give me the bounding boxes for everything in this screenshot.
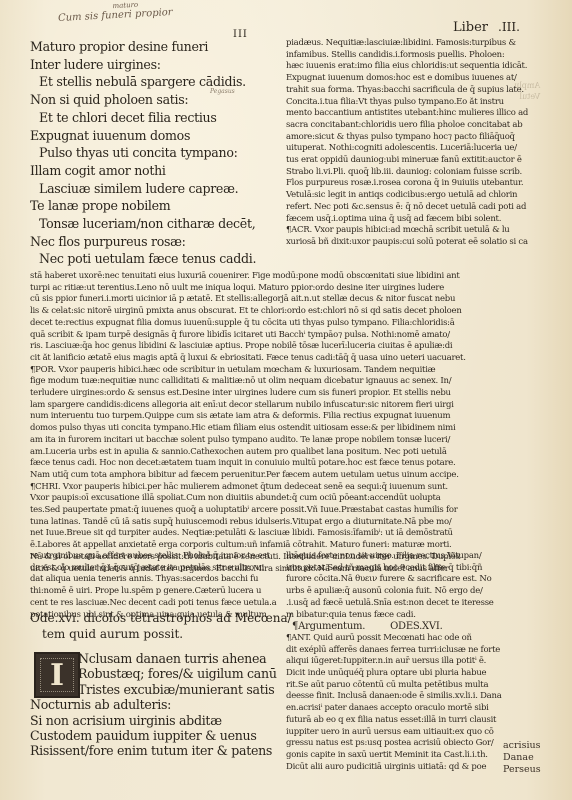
verse-line: Tristes excubiæ/munierant satis — [30, 682, 280, 697]
commentary-line: Vxor paupis:oī excusatione illā spoliat.… — [30, 493, 500, 505]
commentary-line: rit.Se aūt paruo cōtentū cū multa petēti… — [286, 680, 500, 692]
commentary-line: gonis capite in saxū uertit Meminit ita … — [286, 750, 500, 762]
margin-gloss: acrisius Danae Perseus — [503, 740, 541, 776]
commentary-line: Vetulā:sic legit in antiqs codicibus:erg… — [286, 190, 500, 202]
verse-line: Robustæq; fores/& uigilum canū — [30, 666, 280, 681]
commentary-line: da est oīo mulier q̄ i q̄cunq̄ ætate ita… — [30, 563, 280, 575]
verse-line: Custodem pauidum iuppiter & uenus — [30, 728, 280, 743]
commentary-line: refert. Nec poti &c.sensus ē: q̄ nō dece… — [286, 202, 500, 214]
commentary-line: cit ăt lanificio ætatē eius magis aptā q… — [30, 353, 500, 365]
verse-line: Et stellis nebulā spargere cādidis. — [30, 73, 280, 91]
commentary-full-width: stā haberet uxorē:nec tenuitati eius lux… — [30, 271, 500, 575]
commentary-line: Strabo li.vi.Pli. quoq̄ lib.iii. dauniog… — [286, 167, 500, 179]
ode-number-label: ODES.XVI. — [390, 621, 442, 632]
book-page: maturo Cum sis funeri propior III Liber.… — [0, 0, 572, 800]
commentary-line: turpi ac ritiæ:ut terentius.Leno nō uult… — [30, 283, 500, 295]
verse-line: Risissent/fore enim tutum iter & patens — [30, 743, 280, 758]
commentary-line: fæcem usq̄.i.optima uina q̄ usq̄ ad fæce… — [286, 214, 500, 226]
commentary-line: Expugnat iuuenum domos:hoc est e domibus… — [286, 73, 500, 85]
running-head-number: .III. — [498, 20, 520, 34]
commentary-line: cent te res lasciuæ.Nec decent cadi poti… — [30, 598, 280, 610]
commentary-line: Concita.i.tua filia:Vt thyas pulso tympa… — [286, 97, 500, 109]
margin-gloss-item: Perseus — [503, 764, 541, 776]
commentary-line: furore cōcita.Nā θυειν furere & sacrific… — [286, 574, 500, 586]
commentary-line: xuriosā bñ dixit:uxor paupis:cui solū po… — [286, 237, 500, 249]
commentary-line: tes.Sed paupertate pmat:q̄ iuuenes quoq̄… — [30, 505, 500, 517]
commentary-right-bottom: lbāquis forte non sit uirgo. Filia recti… — [286, 551, 500, 773]
ode-xvi-verse: Nclusam danaen turris ahenea Robustæq; f… — [30, 651, 280, 759]
commentary-line: infamibus. Stellis candidis.i.formosis p… — [286, 50, 500, 62]
commentary-line: am ita in furorem incitari ut bacchæ sol… — [30, 435, 500, 447]
verse-line: Lasciuæ similem ludere capreæ. — [30, 180, 280, 198]
commentary-line: piadæus. Nequitiæ:lasciuiæ:libidini. Fam… — [286, 38, 500, 50]
commentary-line: iros petat.Sed tñ magis hoc 9cedit filiæ… — [286, 563, 500, 575]
argument-label: ¶Argumentum. — [292, 621, 365, 632]
commentary-line: .i.usq̄ ad fæcē uetulā.Snīa est:non dece… — [286, 598, 500, 610]
commentary-line: Flos purpureus rosæ.i.rosea corona q̄ in… — [286, 178, 500, 190]
verse-line: Te lanæ prope nobilem — [30, 197, 280, 215]
commentary-line: tuna latinas. Tandē cū iā satis supq̄ hu… — [30, 517, 500, 529]
argument-heading: ¶Argumentum. ODES.XVI. — [286, 621, 500, 633]
margin-gloss-item: Danae — [503, 752, 541, 764]
verse-line: Non si quid pholoen satis: — [30, 91, 280, 109]
commentary-line: lbāquis forte non sit uirgo. Filia recti… — [286, 551, 500, 563]
commentary-line: urbs ē apuliæ:q̄ ausonū colonia fuit. Nō… — [286, 586, 500, 598]
commentary-line: sacra concitabant:chloridis uero filia p… — [286, 120, 500, 132]
commentary-line: mento baccantium antistites utebant:hinc… — [286, 108, 500, 120]
commentary-line: gressu natus est ps:usq postea acrisiū o… — [286, 738, 500, 750]
commentary-line: am.Luceria urbs est in apulia & sannio.C… — [30, 447, 500, 459]
ode-title-line: Ode.xvi. dicolos tetrastrophos ad Mecœna… — [30, 611, 280, 627]
commentary-line: num interuentu tuo turpem.Quippe cum sis… — [30, 411, 500, 423]
commentary-line: cū sis ppior funeri.i.morti uicinior iā … — [30, 294, 500, 306]
commentary-line: Dicūt alii auro pudicitiā uirginis uitia… — [286, 762, 500, 774]
ode-xvi-title: Ode.xvi. dicolos tetrastrophos ad Mecœna… — [30, 611, 280, 642]
running-head-label: Liber — [453, 20, 488, 35]
commentary-line: dit exéplū afferēs danaes ferrea turri:i… — [286, 645, 500, 657]
commentary-line: net Iuue.Breue sit qd turpiter audes. Ne… — [30, 528, 500, 540]
verse-line: Nec flos purpureus rosæ: — [30, 233, 280, 251]
verse-line: Nocturnis ab adulteris: — [30, 697, 280, 712]
commentary-line: dat aliqua uenia teneris annis. Thyas:sa… — [30, 574, 280, 586]
verse-line: Pulso thyas uti concita tympano: — [30, 144, 280, 162]
commentary-line: tus erat oppidū dauniog:ubi mineruæ fanū… — [286, 155, 500, 167]
verse-line: Tonsæ luceriam/non citharæ decēt, — [30, 215, 280, 233]
commentary-line: re uirginibus quā affert nubes stellis. … — [30, 551, 280, 563]
verse-line: Expugnat iuuenum domos — [30, 127, 280, 145]
commentary-line: m bibatur:quia tenus fæce cadi. — [286, 610, 500, 622]
verse-line: Nec poti uetulam fæce tenus caddi. — [30, 250, 280, 268]
running-head: Liber.III. — [453, 20, 520, 35]
commentary-line: domos pulso thyas uti concita tympano.Hi… — [30, 423, 500, 435]
commentary-line: deesse finit. Inclusā danaen:ode ē simil… — [286, 691, 500, 703]
commentary-line: fæce tenus cadi. Hoc non decet:ætatem tu… — [30, 458, 500, 470]
commentary-line: ¶ANT. Quid aurū possit Mecœnati hac ode … — [286, 633, 500, 645]
commentary-line: trahit sua forma. Thyas:bacchi sacrificu… — [286, 85, 500, 97]
commentary-line: fige modum tuæ:nequitiæ nunc calliditati… — [30, 376, 500, 388]
commentary-line: ¶CHRI. Vxor pauperis hibici.per hāc muli… — [30, 482, 500, 494]
commentary-line: hæc iuuenis erat:imo filia eius chloridi… — [286, 61, 500, 73]
commentary-line: Dicit inde unūquéq̄ plura optare ubi plu… — [286, 668, 500, 680]
commentary-line: lam spargere candidis:dicens allegoria a… — [30, 400, 500, 412]
commentary-line: lis & celat:sic nitorē uirginū pmixta an… — [30, 306, 500, 318]
handwritten-superscript: maturo — [112, 1, 138, 10]
commentary-line: ¶POR. Vxor pauperis hibici.hæc ode scrib… — [30, 365, 500, 377]
commentary-line: ris. Lasciuæ:q̄a hoc genus libidini & la… — [30, 341, 500, 353]
margin-gloss-item: acrisius — [503, 740, 541, 752]
handwritten-gloss: Pegasus — [210, 88, 235, 95]
ode-xv-verse: Maturo propior desine funeri Inter luder… — [30, 38, 280, 268]
verse-line: Illam cogit amor nothi — [30, 162, 280, 180]
handwritten-annotation: maturo Cum sis funeri propior — [58, 7, 173, 24]
commentary-line: terludere uirgines:ordo & sensus est.Des… — [30, 388, 500, 400]
commentary-right-top: piadæus. Nequitiæ:lasciuiæ:libidini. Fam… — [286, 38, 500, 249]
verse-line: Maturo propior desine funeri — [30, 38, 280, 56]
commentary-line: quā scribit & ipam turpē designās q̄ fur… — [30, 330, 500, 342]
commentary-line: amore:sicut & thyas pulso tympano hoc⁊ p… — [286, 132, 500, 144]
commentary-line: en.acrisiⁱ pater danaes accepto oraculo … — [286, 703, 500, 715]
verse-line: Nclusam danaen turris ahenea — [30, 651, 280, 666]
commentary-line: iuppiter uero in aurū uersus eam uitiaui… — [286, 727, 500, 739]
ode-title-line: tem quid aurum possit. — [30, 627, 280, 643]
commentary-line: thi:nomē ē uiri. Prope lu.spēm p genere.… — [30, 586, 280, 598]
commentary-line: aliqui iūgeret:Iuppiter.n.in aur̄ uersus… — [286, 656, 500, 668]
commentary-line: futurā ab eo q ex filia natus esset:illā… — [286, 715, 500, 727]
verse-line: Inter ludere uirgines: — [30, 56, 280, 74]
verse-line: Et te chlori decet filia rectius — [30, 109, 280, 127]
commentary-line: uituperat. Nothi:cogniti adolescentis. L… — [286, 143, 500, 155]
commentary-line: decet te:rectius expugnat filia domus iu… — [30, 318, 500, 330]
commentary-line: ¶ACR. Vxor paupis hibici:ad mœchā scribi… — [286, 225, 500, 237]
commentary-line: stā haberet uxorē:nec tenuitati eius lux… — [30, 271, 500, 283]
commentary-line: Nam utiq̄ cum tota amphora bibitur ad fæ… — [30, 470, 500, 482]
verse-line: Si non acrisium uirginis abditæ — [30, 713, 280, 728]
